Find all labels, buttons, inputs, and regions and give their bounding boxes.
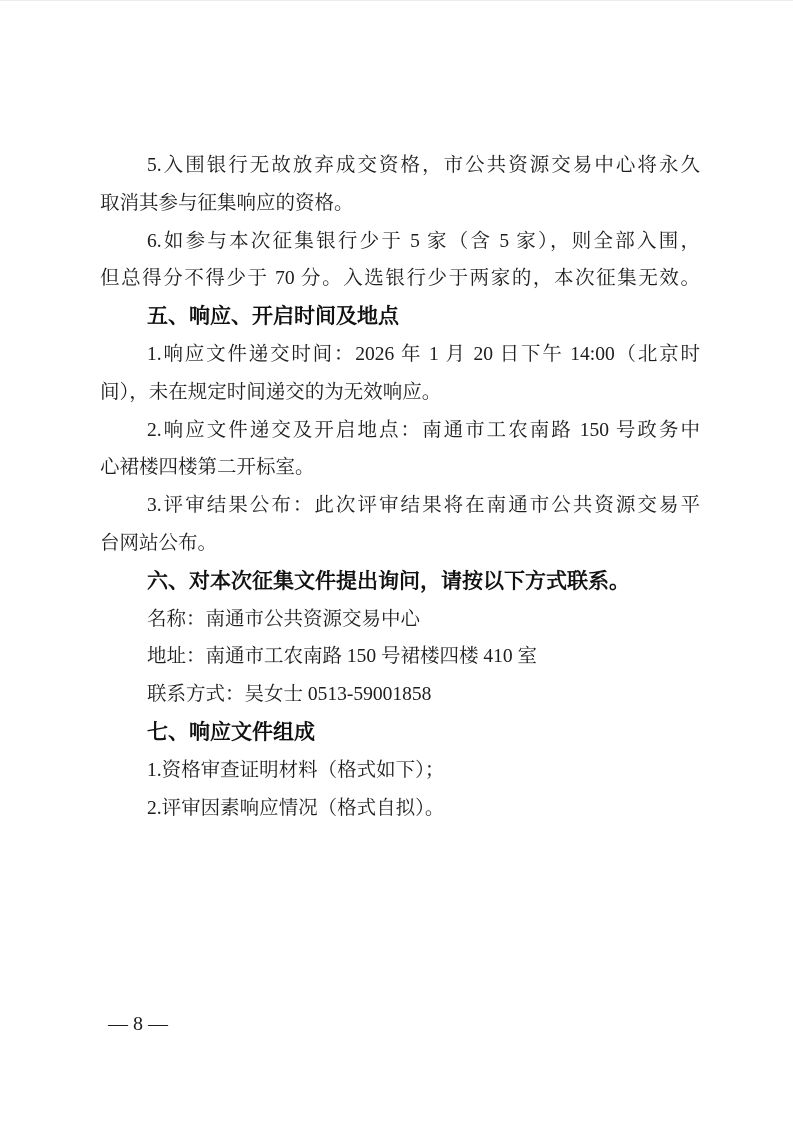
heading-section-7: 七、响应文件组成 (100, 714, 700, 752)
para-6-threshold-line-2: 但总得分不得少于 70 分。入选银行少于两家的，本次征集无效。 (100, 260, 700, 298)
para-6-threshold-line-1: 6.如参与本次征集银行少于 5 家（含 5 家），则全部入围， (100, 223, 700, 261)
page-number: — 8 — (108, 1010, 168, 1038)
contact-phone-line: 联系方式：吴女士 0513-59001858 (100, 676, 700, 714)
para-submission-place-line-2: 心裙楼四楼第二开标室。 (100, 449, 700, 487)
para-submission-time-line-2: 间），未在规定时间递交的为无效响应。 (100, 374, 700, 412)
para-5-penalty-line-1: 5.入围银行无故放弃成交资格，市公共资源交易中心将永久 (100, 147, 700, 185)
page-top-edge (0, 0, 793, 1)
para-submission-time-line-1: 1.响应文件递交时间：2026 年 1 月 20 日下午 14:00（北京时 (100, 336, 700, 374)
para-result-announce-line-2: 台网站公布。 (100, 525, 700, 563)
list-item-qualification-docs: 1.资格审查证明材料（格式如下）； (100, 752, 700, 790)
document-body: 5.入围银行无故放弃成交资格，市公共资源交易中心将永久 取消其参与征集响应的资格… (100, 147, 700, 827)
para-submission-place-line-1: 2.响应文件递交及开启地点：南通市工农南路 150 号政务中 (100, 412, 700, 450)
para-result-announce-line-1: 3.评审结果公布：此次评审结果将在南通市公共资源交易平 (100, 487, 700, 525)
document-page: 5.入围银行无故放弃成交资格，市公共资源交易中心将永久 取消其参与征集响应的资格… (0, 0, 793, 1130)
contact-address-line: 地址：南通市工农南路 150 号裙楼四楼 410 室 (100, 638, 700, 676)
para-5-penalty-line-2: 取消其参与征集响应的资格。 (100, 185, 700, 223)
heading-section-5: 五、响应、开启时间及地点 (100, 298, 700, 336)
contact-name-line: 名称：南通市公共资源交易中心 (100, 601, 700, 639)
heading-section-6: 六、对本次征集文件提出询问，请按以下方式联系。 (100, 563, 700, 601)
list-item-review-response: 2.评审因素响应情况（格式自拟）。 (100, 790, 700, 828)
